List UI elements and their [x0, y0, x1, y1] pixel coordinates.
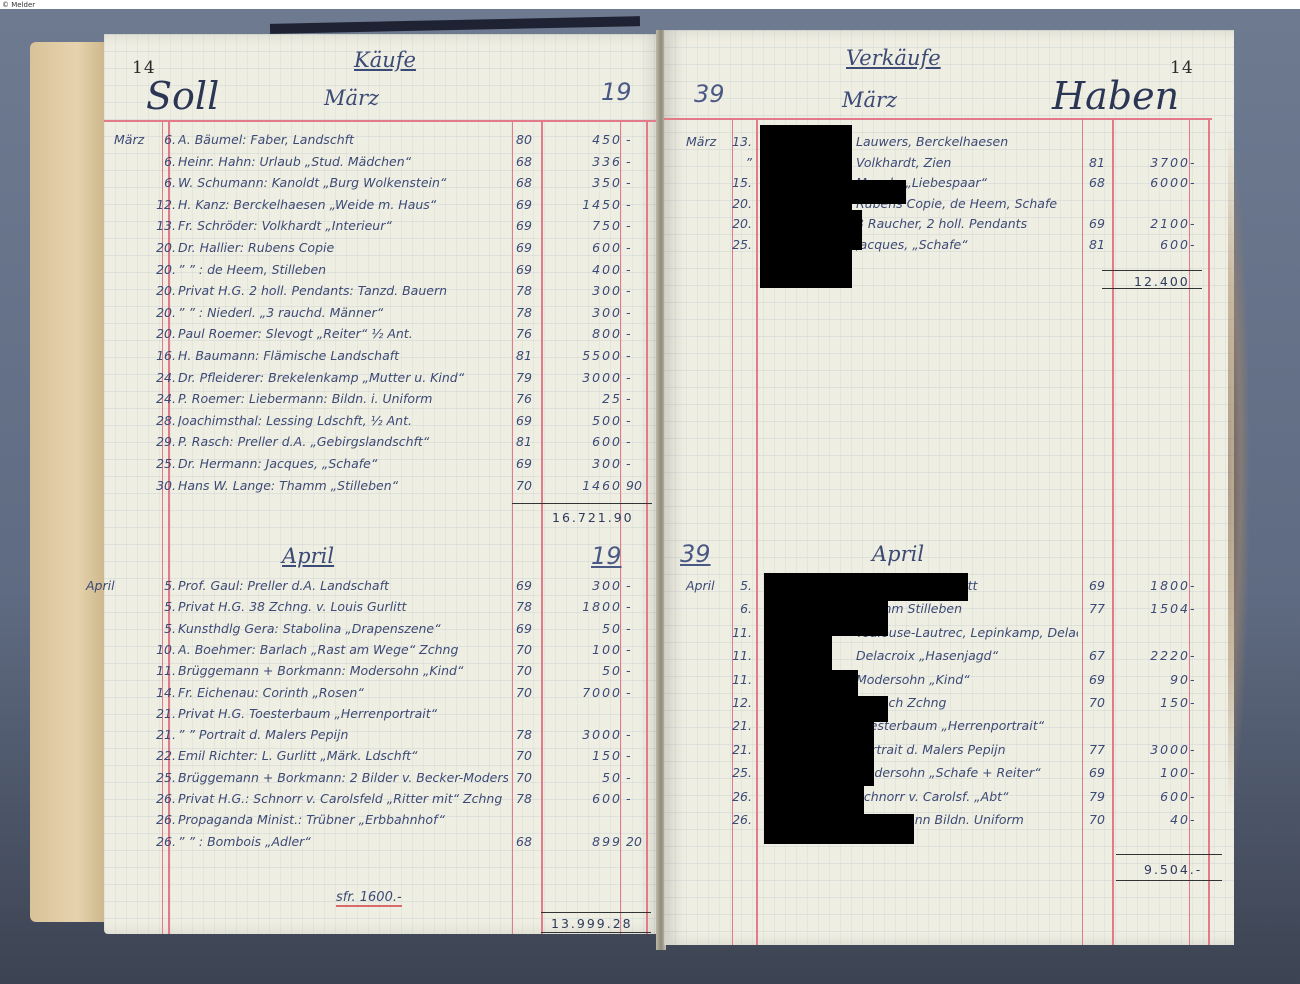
entry-cents: -: [626, 391, 652, 406]
entry-amount: 90: [1100, 672, 1190, 687]
entry-amount: 25: [532, 391, 622, 406]
entry-day: 20.: [156, 240, 176, 255]
entry-amount: 300: [532, 305, 622, 320]
entry-cents: -: [626, 240, 652, 255]
entry-month: März: [686, 134, 736, 149]
entry-description: Lauwers, Berckelhaesen: [856, 134, 1078, 149]
entry-amount: 50: [532, 770, 622, 785]
entry-cents: -: [626, 132, 652, 147]
entry-amount: 2100: [1100, 216, 1190, 231]
book-spine-strip: [30, 42, 108, 922]
entry-amount: 100: [532, 642, 622, 657]
entry-amount: 2220: [1100, 648, 1190, 663]
entry-day: 25.: [732, 765, 752, 780]
entry-description: Modersohn „Schafe + Reiter“: [856, 765, 1078, 780]
entry-amount: 300: [532, 578, 622, 593]
entry-day: 20.: [156, 326, 176, 341]
april-heading: April: [872, 542, 924, 566]
entry-cents: -: [1190, 672, 1216, 687]
entry-day: 11.: [156, 663, 176, 678]
entry-description: Dr. Pfleiderer: Brekelenkamp „Mutter u. …: [178, 370, 508, 385]
entry-description: Hans W. Lange: Thamm „Stilleben“: [178, 478, 508, 493]
entry-day: 25.: [156, 456, 176, 471]
entry-cents: -: [626, 175, 652, 190]
entry-description: Joachimsthal: Lessing Ldschft, ½ Ant.: [178, 413, 508, 428]
entry-amount: 3700: [1100, 155, 1190, 170]
entry-cents: -: [626, 370, 652, 385]
april-year-label: 39: [680, 540, 711, 568]
entry-description: Kunsthdlg Gera: Stabolina „Drapenszene“: [178, 621, 508, 636]
redaction-block: [764, 670, 858, 696]
redaction-block: [760, 248, 852, 288]
entry-description: Privat H.G. Toesterbaum „Herrenportrait“: [178, 706, 508, 721]
entry-month: April: [686, 578, 736, 593]
entry-description: Schnorr v. Carolsf. „Abt“: [856, 789, 1078, 804]
entry-month: April: [86, 578, 136, 593]
entry-cents: -: [1190, 216, 1216, 231]
entry-cents: -: [1190, 237, 1216, 252]
entry-day: 11.: [732, 672, 752, 687]
header-rule: [664, 118, 1212, 120]
entry-description: W. Schumann: Kanoldt „Burg Wolkenstein“: [178, 175, 508, 190]
page-number: 14: [1170, 58, 1194, 78]
entry-description: H. Baumann: Flämische Landschaft: [178, 348, 508, 363]
entry-description: Privat H.G.: Schnorr v. Carolsfeld „Ritt…: [178, 791, 508, 806]
entry-cents: -: [1190, 695, 1216, 710]
entry-day: 6.: [156, 132, 176, 147]
entry-amount: 3000: [532, 727, 622, 742]
entry-description: Delacroix „Hasenjagd“: [856, 648, 1078, 663]
entry-description: ” ” : de Heem, Stilleben: [178, 262, 508, 277]
side-label-haben: Haben: [1052, 74, 1179, 118]
redaction-block: [764, 573, 968, 601]
sum-rule: [541, 912, 651, 913]
entry-cents: -: [626, 599, 652, 614]
entry-description: Toulouse-Lautrec, Lepinkamp, Delacroix: [856, 625, 1078, 640]
entry-description: 3 Raucher, 2 holl. Pendants: [856, 216, 1078, 231]
entry-description: Dr. Hallier: Rubens Copie: [178, 240, 508, 255]
entry-day: 12.: [156, 197, 176, 212]
entry-cents: -: [626, 770, 652, 785]
entry-cents: -: [626, 434, 652, 449]
entry-day: 13.: [156, 218, 176, 233]
entry-day: 5.: [156, 599, 176, 614]
entry-day: 26.: [156, 791, 176, 806]
entry-amount: 600: [532, 434, 622, 449]
entry-amount: 600: [1100, 789, 1190, 804]
header-rule: [104, 120, 661, 122]
april-heading: April: [282, 544, 334, 568]
entry-day: ”: [732, 155, 752, 170]
entry-day: 20.: [156, 262, 176, 277]
entry-cents: -: [626, 791, 652, 806]
currency-note: sfr. 1600.-: [336, 890, 402, 905]
redaction-block: [764, 696, 888, 722]
entry-day: 26.: [156, 834, 176, 849]
torn-page-edge: [1228, 120, 1250, 820]
entry-day: 13.: [732, 134, 752, 149]
ledger-page-right: 39 Verkäufe März Haben 14 März13.Lauwers…: [664, 30, 1234, 945]
entry-cents: -: [626, 621, 652, 636]
entry-cents: -: [1190, 175, 1216, 190]
entry-cents: -: [1190, 812, 1216, 827]
entry-day: 21.: [156, 727, 176, 742]
entry-day: 10.: [156, 642, 176, 657]
entry-cents: -: [1190, 765, 1216, 780]
month-heading: März: [324, 86, 379, 110]
april-total: 9.504.-: [1144, 862, 1202, 877]
entry-description: P. Roemer: Liebermann: Bildn. i. Uniform: [178, 391, 508, 406]
entry-day: 20.: [156, 305, 176, 320]
entry-amount: 50: [532, 663, 622, 678]
entry-amount: 1800: [1100, 578, 1190, 593]
entry-description: ” ” : Bombois „Adler“: [178, 834, 508, 849]
entry-cents: -: [626, 748, 652, 763]
redaction-block: [760, 180, 906, 204]
march-total: 16.721.90: [552, 510, 634, 525]
entry-description: Emil Richter: L. Gurlitt „Märk. Ldschft“: [178, 748, 508, 763]
entry-amount: 3000: [532, 370, 622, 385]
entry-description: A. Bäumel: Faber, Landschft: [178, 132, 508, 147]
entry-day: 21.: [156, 706, 176, 721]
entry-day: 20.: [732, 196, 752, 211]
entry-day: 5.: [156, 621, 176, 636]
entry-cents: -: [626, 727, 652, 742]
entry-amount: 600: [532, 791, 622, 806]
entry-day: 26.: [732, 812, 752, 827]
currency-note-text: sfr. 1600.-: [336, 890, 402, 907]
entry-cents: -: [626, 413, 652, 428]
entry-day: 11.: [732, 648, 752, 663]
entry-description: Portrait d. Malers Pepijn: [856, 742, 1078, 757]
entry-cents: -: [1190, 601, 1216, 616]
entry-day: 20.: [732, 216, 752, 231]
entry-day: 30.: [156, 478, 176, 493]
sum-rule: [1116, 880, 1222, 881]
entry-day: 14.: [156, 685, 176, 700]
entry-cents: -: [626, 326, 652, 341]
entry-amount: 3000: [1100, 742, 1190, 757]
year-label: 39: [694, 80, 725, 108]
entry-day: 21.: [732, 742, 752, 757]
entry-day: 25.: [156, 770, 176, 785]
entry-description: Modersohn „Kind“: [856, 672, 1078, 687]
redaction-block: [760, 210, 862, 250]
ledger-page-left: 14 Soll Käufe März 19 März6.A. Bäumel: F…: [104, 34, 661, 934]
redaction-block: [764, 814, 914, 844]
march-total: 12.400: [1134, 274, 1190, 289]
entry-day: 16.: [156, 348, 176, 363]
entry-amount: 300: [532, 283, 622, 298]
entry-amount: 500: [532, 413, 622, 428]
entry-amount: 800: [532, 326, 622, 341]
entry-day: 6.: [156, 175, 176, 190]
entry-description: Fr. Schröder: Volkhardt „Interieur“: [178, 218, 508, 233]
sum-rule: [1102, 288, 1202, 289]
entry-cents: 90: [626, 478, 652, 493]
photo-credit: © Melder: [2, 1, 35, 9]
entry-cents: -: [626, 456, 652, 471]
sum-rule: [512, 503, 652, 504]
year-label: 19: [601, 78, 632, 106]
entry-amount: 6000: [1100, 175, 1190, 190]
entry-cents: -: [1190, 742, 1216, 757]
entry-day: 25.: [732, 237, 752, 252]
entry-description: H. Kanz: Berckelhaesen „Weide m. Haus“: [178, 197, 508, 212]
entry-cents: -: [626, 218, 652, 233]
entry-description: Privat H.G. 38 Zchng. v. Louis Gurlitt: [178, 599, 508, 614]
entry-cents: -: [626, 154, 652, 169]
section-heading: Käufe: [354, 48, 416, 72]
entry-day: 20.: [156, 283, 176, 298]
entry-cents: -: [626, 642, 652, 657]
entry-amount: 40: [1100, 812, 1190, 827]
entry-cents: -: [1190, 789, 1216, 804]
entry-amount: 7000: [532, 685, 622, 700]
entry-day: 6.: [732, 601, 752, 616]
entry-description: Barlach Zchng: [856, 695, 1078, 710]
entry-description: P. Rasch: Preller d.A. „Gebirgslandschft…: [178, 434, 508, 449]
entry-amount: 600: [532, 240, 622, 255]
entry-description: Privat H.G. 2 holl. Pendants: Tanzd. Bau…: [178, 283, 508, 298]
entry-cents: -: [626, 197, 652, 212]
entry-amount: 750: [532, 218, 622, 233]
entry-amount: 1450: [532, 197, 622, 212]
entry-cents: -: [626, 262, 652, 277]
entry-amount: 450: [532, 132, 622, 147]
april-year-label: 19: [591, 542, 622, 570]
entry-description: Brüggemann + Borkmann: Modersohn „Kind“: [178, 663, 508, 678]
entry-cents: -: [626, 663, 652, 678]
entry-description: Toesterbaum „Herrenportrait“: [856, 718, 1078, 733]
entry-amount: 600: [1100, 237, 1190, 252]
entry-amount: 5500: [532, 348, 622, 363]
april-total: 13.999.28: [551, 916, 633, 931]
entry-amount: 1460: [532, 478, 622, 493]
entry-amount: 150: [1100, 695, 1190, 710]
section-heading: Verkäufe: [846, 46, 941, 70]
entry-description: Jacques, „Schafe“: [856, 237, 1078, 252]
entry-amount: 300: [532, 456, 622, 471]
redaction-block: [764, 786, 864, 814]
entry-day: 12.: [732, 695, 752, 710]
entry-cents: 20: [626, 834, 652, 849]
entry-description: Propaganda Minist.: Trübner „Erbbahnhof“: [178, 812, 508, 827]
entry-cents: -: [626, 685, 652, 700]
sum-rule: [1116, 854, 1222, 855]
entry-day: 24.: [156, 370, 176, 385]
column-rule: [756, 118, 758, 945]
entry-description: Volkhardt, Zien: [856, 155, 1078, 170]
entry-description: A. Boehmer: Barlach „Rast am Wege“ Zchng: [178, 642, 508, 657]
entry-cents: -: [626, 348, 652, 363]
redaction-block: [764, 720, 874, 786]
entry-amount: 50: [532, 621, 622, 636]
entry-description: ” ” Portrait d. Malers Pepijn: [178, 727, 508, 742]
entry-cents: -: [1190, 648, 1216, 663]
entry-description: ” ” : Niederl. „3 rauchd. Männer“: [178, 305, 508, 320]
entry-amount: 1800: [532, 599, 622, 614]
entry-amount: 899: [532, 834, 622, 849]
entry-description: Brüggemann + Borkmann: 2 Bilder v. Becke…: [178, 770, 508, 785]
entry-day: 6.: [156, 154, 176, 169]
sum-rule: [541, 932, 651, 933]
side-label-soll: Soll: [146, 74, 219, 118]
entry-day: 29.: [156, 434, 176, 449]
entry-amount: 400: [532, 262, 622, 277]
entry-day: 5.: [156, 578, 176, 593]
entry-day: 26.: [732, 789, 752, 804]
entry-description: Prof. Gaul: Preller d.A. Landschaft: [178, 578, 508, 593]
entry-cents: -: [1190, 155, 1216, 170]
sum-rule: [1102, 270, 1202, 271]
entry-amount: 150: [532, 748, 622, 763]
entry-cents: -: [626, 578, 652, 593]
entry-day: 28.: [156, 413, 176, 428]
entry-description: Dr. Hermann: Jacques, „Schafe“: [178, 456, 508, 471]
entry-amount: 1504: [1100, 601, 1190, 616]
month-heading: März: [842, 88, 897, 112]
entry-cents: -: [626, 305, 652, 320]
entry-day: 5.: [732, 578, 752, 593]
entry-description: Heinr. Hahn: Urlaub „Stud. Mädchen“: [178, 154, 508, 169]
entry-day: 22.: [156, 748, 176, 763]
entry-amount: 100: [1100, 765, 1190, 780]
entry-description: Fr. Eichenau: Corinth „Rosen“: [178, 685, 508, 700]
entry-amount: 350: [532, 175, 622, 190]
entry-description: Paul Roemer: Slevogt „Reiter“ ½ Ant.: [178, 326, 508, 341]
entry-amount: 336: [532, 154, 622, 169]
entry-cents: -: [626, 283, 652, 298]
entry-day: 26.: [156, 812, 176, 827]
entry-day: 15.: [732, 175, 752, 190]
entry-day: 24.: [156, 391, 176, 406]
entry-day: 11.: [732, 625, 752, 640]
entry-cents: -: [1190, 578, 1216, 593]
entry-day: 21.: [732, 718, 752, 733]
entry-description: Thamm Stilleben: [856, 601, 1078, 616]
